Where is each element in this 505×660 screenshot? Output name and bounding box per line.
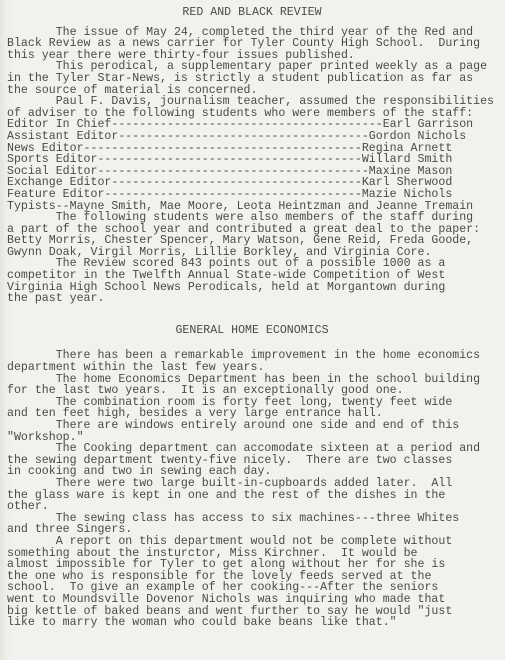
text-line: Paul F. Davis, journalism teacher, assum… <box>7 96 502 108</box>
text-line: went to Moundsville Dovenor Nichols was … <box>7 594 502 606</box>
text-line: the glass ware is kept in one and the re… <box>7 490 502 502</box>
text-line: There were two large built-in-cupboards … <box>7 478 502 490</box>
section-heading-red-and-black-review: RED AND BLACK REVIEW <box>7 7 497 19</box>
text-line: other. <box>7 501 502 513</box>
section-body-red-and-black-review: The issue of May 24, completed the third… <box>7 27 502 305</box>
typewritten-document: RED AND BLACK REVIEW The issue of May 24… <box>7 7 502 629</box>
text-line: the past year. <box>7 293 502 305</box>
section-heading-general-home-economics: GENERAL HOME ECONOMICS <box>7 325 497 337</box>
text-line: competitor in the Twelfth Annual State-w… <box>7 270 502 282</box>
text-line: in the Tyler Star-News, is strictly a st… <box>7 73 502 85</box>
text-line: Assistant Editor------------------------… <box>7 131 502 143</box>
text-line: department within the last few years. <box>7 362 502 374</box>
text-line: The following students were also members… <box>7 212 502 224</box>
text-line: almost impossible for Tyler to get along… <box>7 559 502 571</box>
text-line: Feature Editor--------------------------… <box>7 189 502 201</box>
text-line: Sports Editor---------------------------… <box>7 154 502 166</box>
section-body-general-home-economics: There has been a remarkable improvement … <box>7 350 502 628</box>
text-line: A report on this department would not be… <box>7 536 502 548</box>
text-line: like to marry the woman who could bake b… <box>7 617 502 629</box>
scanned-page: RED AND BLACK REVIEW The issue of May 24… <box>0 0 505 660</box>
text-line: There are windows entirely around one si… <box>7 420 502 432</box>
